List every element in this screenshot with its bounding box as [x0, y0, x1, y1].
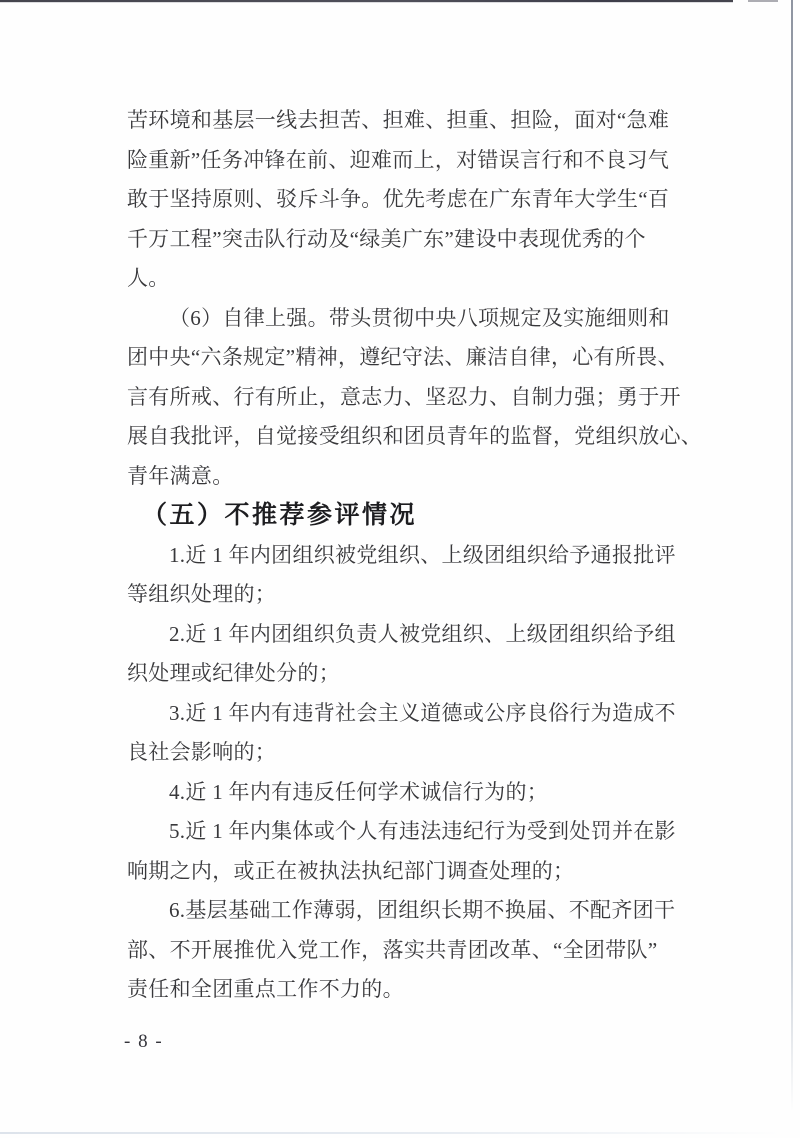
list-item-line: 2.近 1 年内团组织负责人被党组织、上级团组织给予组	[127, 615, 689, 655]
text-line: 团中央“六条规定”精神，遵纪守法、廉洁自律，心有所畏、	[127, 338, 689, 378]
scan-edge-top	[0, 0, 733, 2]
scan-edge-bottom	[0, 1132, 785, 1134]
list-item-line: 1.近 1 年内团组织被党组织、上级团组织给予通报批评	[127, 536, 689, 576]
text-line: 人。	[127, 259, 689, 299]
text-line: 展自我批评，自觉接受组织和团员青年的监督，党组织放心、	[127, 417, 689, 457]
text-line: 千万工程”突击队行动及“绿美广东”建设中表现优秀的个	[127, 220, 689, 260]
list-item-line: 5.近 1 年内集体或个人有违法违纪行为受到处罚并在影	[127, 812, 689, 852]
list-item-line: 6.基层基础工作薄弱，团组织长期不换届、不配齐团干	[127, 891, 689, 931]
text-line: 言有所戒、行有所止，意志力、坚忍力、自制力强；勇于开	[127, 378, 689, 418]
text-line: 敢于坚持原则、驳斥斗争。优先考虑在广东青年大学生“百	[127, 180, 689, 220]
page-number: - 8 -	[124, 1031, 163, 1053]
scan-edge-top-fragment	[748, 0, 778, 2]
paragraph-start-line: （6）自律上强。带头贯彻中央八项规定及实施细则和	[127, 299, 689, 339]
text-line: 良社会影响的；	[127, 733, 689, 773]
document-body: 苦环境和基层一线去担苦、担难、担重、担险，面对“急难 险重新”任务冲锋在前、迎难…	[127, 101, 689, 1010]
text-line: 等组织处理的；	[127, 575, 689, 615]
text-line: 响期之内，或正在被执法执纪部门调查处理的；	[127, 852, 689, 892]
text-line: 织处理或纪律处分的；	[127, 654, 689, 694]
list-item-line: 3.近 1 年内有违背社会主义道德或公序良俗行为造成不	[127, 694, 689, 734]
text-line: 责任和全团重点工作不力的。	[127, 970, 689, 1010]
text-line: 险重新”任务冲锋在前、迎难而上，对错误言行和不良习气	[127, 141, 689, 181]
scan-edge-right	[791, 0, 793, 1112]
text-line: 苦环境和基层一线去担苦、担难、担重、担险，面对“急难	[127, 101, 689, 141]
text-line: 部、不开展推优入党工作，落实共青团改革、“全团带队”	[127, 931, 689, 971]
text-line: 青年满意。	[127, 457, 689, 497]
list-item-line: 4.近 1 年内有违反任何学术诚信行为的；	[127, 773, 689, 813]
section-heading: （五）不推荐参评情况	[127, 496, 689, 536]
document-page: 苦环境和基层一线去担苦、担难、担重、担险，面对“急难 险重新”任务冲锋在前、迎难…	[0, 0, 800, 1138]
